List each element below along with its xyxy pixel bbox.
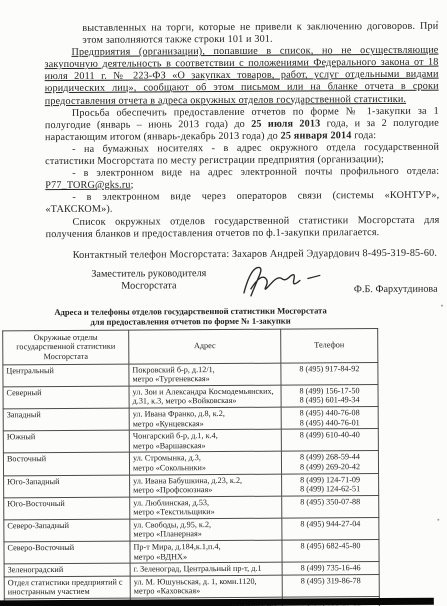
paragraph-attachment-note: Список окружных отделов государственной … <box>45 214 439 241</box>
table-row: Восточныйул. Стромынка, д.3, метро «Соко… <box>3 451 378 475</box>
district-cell: Северный <box>3 386 129 409</box>
email-text-post: ; <box>131 180 134 191</box>
list-item-telecom-operators: - в электронном виде через операторов св… <box>45 190 439 217</box>
phone-cell: 8 (499) 610-40-40 <box>281 429 378 452</box>
list-item-email-reports: - в электронном виде на адрес электронно… <box>45 166 439 193</box>
deadlines-text-post: года: <box>351 130 376 141</box>
address-cell: ул. Ивана Франко, д.8, к.2, метро «Кунце… <box>129 407 281 430</box>
phone-cell: 8 (495) 350-07-88 <box>282 495 379 518</box>
district-cell: Северо-Восточный <box>4 541 130 564</box>
address-cell: Чонгарский б-р, д.1, к.4, метро «Варшавс… <box>129 429 281 452</box>
districts-table: Окружные отделы государственной статисти… <box>2 328 380 606</box>
table-header-row: Окружные отделы государственной статисти… <box>3 328 378 364</box>
district-cell: Северо-Западный <box>4 519 130 542</box>
address-cell: ул. Люблинская, д.53, метро «Текстильщик… <box>130 496 282 519</box>
list-item-paper-reports: - на бумажных носителях - в адрес окружн… <box>45 142 439 169</box>
phone-cell: 8 (495) 440-76-08 8 (495) 440-76-01 <box>281 406 378 429</box>
phone-cell: 8 (499) 268-59-44 8 (499) 269-20-42 <box>281 451 378 474</box>
table-row: Юго-Западныйул. Ивана Бабушкина, д.23, к… <box>4 473 379 497</box>
phone-cell: 8 (495) 944-27-04 <box>282 517 379 540</box>
deadline-date-1: 25 июля 2013 <box>251 118 320 129</box>
phone-cell: 8 (495) 682-45-80 <box>282 540 379 563</box>
column-header-phone: Телефон <box>281 328 378 362</box>
phone-cell: 8 (495) 917-84-92 <box>281 362 378 385</box>
scan-noise-speck <box>436 21 438 23</box>
district-cell: Южный <box>3 430 129 453</box>
phone-cell: 8 (495) 319-86-78 <box>282 574 379 597</box>
scanned-document-page: выставленных на торги, которые не привел… <box>0 0 447 606</box>
table-row: Северныйул. Зои и Александра Космодемьян… <box>3 384 378 408</box>
district-cell: Юго-Западный <box>4 475 130 498</box>
paragraph-contracts: выставленных на торги, которые не привел… <box>82 21 438 47</box>
signer-position-line2: Мосгорстата <box>74 280 224 293</box>
address-cell: Покровский б-р, д.12/1, метро «Тургеневс… <box>129 363 281 386</box>
signer-position-line1: Заместитель руководителя <box>74 268 224 281</box>
table-row: ЦентральныйПокровский б-р, д.12/1, метро… <box>3 362 378 386</box>
address-cell: ул. Свободы, д.95, к.2, метро «Планерная… <box>130 518 282 541</box>
table-row: Западныйул. Ивана Франко, д.8, к.2, метр… <box>3 406 378 430</box>
address-cell: ул. Зои и Александра Космодемьянских, д.… <box>129 385 281 408</box>
paragraph-law-223fz: Предприятия (организации), попавшие в сп… <box>44 45 438 108</box>
table-row: Отдел статистики предприятий с иностранн… <box>4 574 379 598</box>
deadline-date-2: 25 января 2014 <box>281 130 352 141</box>
district-cell: Центральный <box>3 364 129 387</box>
district-cell: Отдел статистики предприятий с иностранн… <box>4 576 130 599</box>
address-cell: ул. Ивана Бабушкина, д.23, к.2, метро «П… <box>130 474 282 497</box>
scan-noise-speck <box>437 519 439 521</box>
district-cell: Западный <box>3 408 129 431</box>
address-cell: г. Зеленоград, Центральный пр-т, д.1 <box>130 562 282 576</box>
address-cell: ул. М. Юшуньская, д. 1, комн.1120, метро… <box>130 575 282 598</box>
email-address: P77_TORG@gks.ru <box>45 180 130 192</box>
table-title: Адреса и телефоны отделов государственно… <box>2 305 379 327</box>
district-cell: Восточный <box>3 452 129 475</box>
table-row: Северо-ВосточныйПр-т Мира, д.184,к.1,п.4… <box>4 540 379 564</box>
scan-noise-speck <box>441 305 443 307</box>
table-row: ЮжныйЧонгарский б-р, д.1, к.4, метро «Ва… <box>3 429 378 453</box>
contact-phone-line: Контактный телефон Мосгорстата: Захаров … <box>46 247 440 262</box>
phone-cell: 8 (499) 124-71-09 8 (499) 124-62-51 <box>282 473 379 496</box>
address-cell: ул. Стромынка, д.3, метро «Сокольники» <box>129 451 281 474</box>
column-header-address: Адрес <box>129 329 281 364</box>
email-text-pre: - в электронном виде на адрес электронно… <box>72 166 439 179</box>
signature-block: Заместитель руководителя Мосгорстата Ф.Б… <box>74 266 447 301</box>
paragraph-deadlines: Просьба обеспечить предоставление отчето… <box>45 105 439 144</box>
signer-name: Ф.Б. Фархутдинова <box>354 283 438 295</box>
phone-cell: 8 (499) 735-16-46 <box>282 562 379 575</box>
address-cell: Пр-т Мира, д.184,к.1,п.4, метро «ВДНХ» <box>130 540 282 563</box>
signer-position: Заместитель руководителя Мосгорстата <box>74 268 224 294</box>
district-cell: Зеленоградский <box>4 563 130 576</box>
table-row: Северо-Западныйул. Свободы, д.95, к.2, м… <box>4 517 379 541</box>
column-header-district: Окружные отделы государственной статисти… <box>3 330 129 365</box>
document-body: выставленных на торги, которые не привел… <box>0 0 447 262</box>
phone-cell: 8 (499) 156-17-50 8 (495) 601-49-34 <box>281 384 378 407</box>
signature-handwriting <box>238 262 334 301</box>
district-cell: Юго-Восточный <box>4 497 130 520</box>
table-row: Юго-Восточныйул. Люблинская, д.53, метро… <box>4 495 379 519</box>
